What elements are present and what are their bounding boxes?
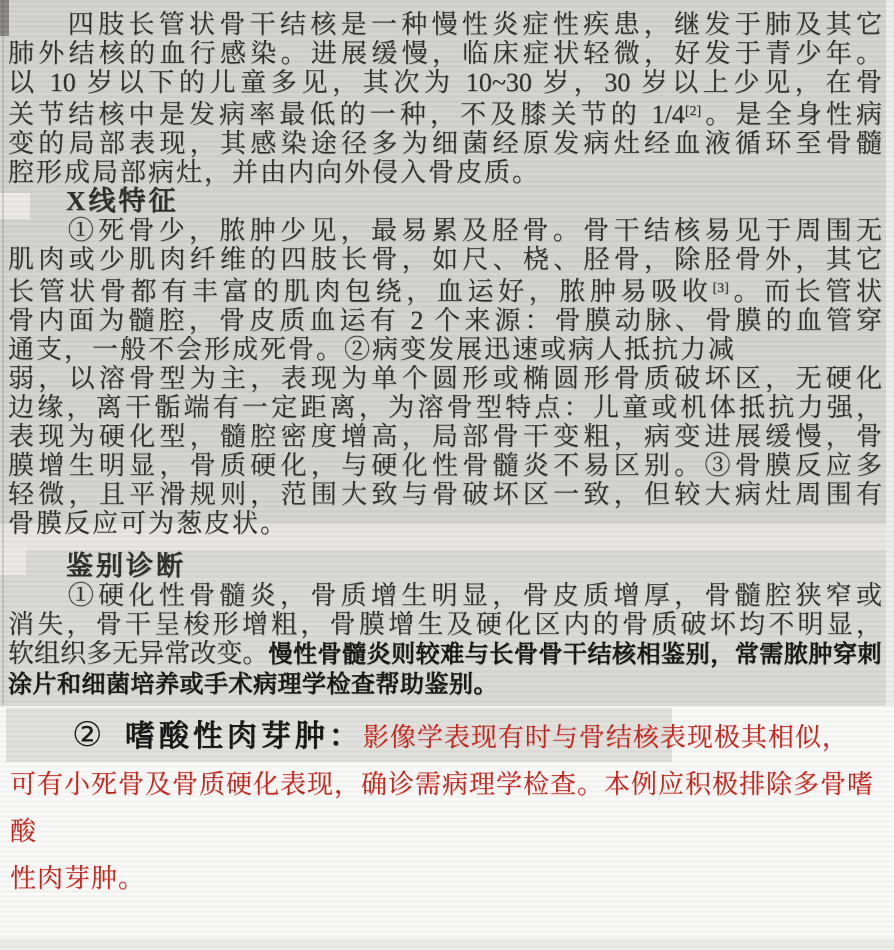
body-text: 软组织多无异常改变。 <box>8 639 268 668</box>
body-text: 弱，以溶骨型为主，表现为单个圆形或椭圆形骨质破坏区，无硬化 <box>8 364 882 393</box>
text-line: 以 10 岁以下的儿童多见，其次为 10~30 岁，30 岁以上少见，在骨 <box>8 68 882 97</box>
body-text: 。而长管状 <box>729 277 882 306</box>
text-line: 肺外结核的血行感染。进展缓慢，临床症状轻微，好发于青少年。 <box>8 39 882 68</box>
text-line: 消失，骨干呈梭形增粗，骨膜增生及硬化区内的骨质破坏均不明显， <box>8 610 882 639</box>
body-text: 四肢长管状骨干结核是一种慢性炎症性疾患，继发于肺及其它 <box>68 10 882 39</box>
text-line: 膜增生明显，骨质硬化，与硬化性骨髓炎不易区别。③骨膜反应多 <box>8 451 882 480</box>
body-text: 边缘，离干骺端有一定距离，为溶骨型特点：儿童或机体抵抗力强， <box>8 393 882 422</box>
text-line: 关节结核中是发病率最低的一种，不及膝关节的 1/4[2]。是全身性病 <box>8 97 882 129</box>
main-text-column: 四肢长管状骨干结核是一种慢性炎症性疾患，继发于肺及其它肺外结核的血行感染。进展缓… <box>8 10 882 699</box>
text-line: 涂片和细菌培养或手术病理学检查帮助鉴别。 <box>8 669 882 699</box>
body-text: 以 10 岁以下的儿童多见，其次为 10~30 岁，30 岁以上少见，在骨 <box>8 68 882 97</box>
text-line: 软组织多无异常改变。慢性骨髓炎则较难与长骨骨干结核相鉴别，常需脓肿穿刺 <box>8 639 882 669</box>
body-text: 膜增生明显，骨质硬化，与硬化性骨髓炎不易区别。③骨膜反应多 <box>8 451 882 480</box>
circled-number: ② <box>72 717 112 754</box>
body-text: 腔形成局部病灶，并由内向外侵入骨皮质。 <box>8 158 540 187</box>
body-text: 骨内面为髓腔，骨皮质血运有 2 个来源：骨膜动脉、骨膜的血管穿 <box>8 306 882 335</box>
section-heading-differential: 鉴别诊断 <box>8 552 882 581</box>
text-line: 通支，一般不会形成死骨。②病变发展迅速或病人抵抗力减 <box>8 335 882 364</box>
red-annotation-text: 性肉芽肿。 <box>10 864 145 893</box>
text-line: ①硬化性骨髓炎，骨质增生明显，骨皮质增厚，骨髓腔狭窄或 <box>8 581 882 610</box>
differential-paragraph: ①硬化性骨髓炎，骨质增生明显，骨皮质增厚，骨髓腔狭窄或消失，骨干呈梭形增粗，骨膜… <box>8 581 882 699</box>
text-line: 变的局部表现，其感染途径多为细菌经原发病灶经血液循环至骨髓 <box>8 129 882 158</box>
text-line: ①死骨少，脓肿少见，最易累及胫骨。骨干结核易见于周围无 <box>8 216 882 245</box>
body-text: 表现为硬化型，髓腔密度增高，局部骨干变粗，病变进展缓慢，骨 <box>8 422 882 451</box>
text-line: 轻微，且平滑规则，范围大致与骨破坏区一致，但较大病灶周围有 <box>8 480 882 509</box>
bold-emphasis-text: 嗜酸性肉芽肿： <box>112 720 362 753</box>
body-text: 通支，一般不会形成死骨。②病变发展迅速或病人抵抗力减 <box>8 335 736 364</box>
text-line: ② 嗜酸性肉芽肿：影像学表现有时与骨结核表现极其相似， <box>10 712 884 761</box>
body-text: ①硬化性骨髓炎，骨质增生明显，骨皮质增厚，骨髓腔狭窄或 <box>68 581 882 610</box>
body-text: 轻微，且平滑规则，范围大致与骨破坏区一致，但较大病灶周围有 <box>8 480 882 509</box>
intro-paragraph: 四肢长管状骨干结核是一种慢性炎症性疾患，继发于肺及其它肺外结核的血行感染。进展缓… <box>8 10 882 187</box>
body-text: 骨膜反应可为葱皮状。 <box>8 509 288 538</box>
scan-edge-line <box>2 0 4 705</box>
bold-emphasis-text: 涂片和细菌培养或手术病理学检查帮助鉴别。 <box>8 671 498 698</box>
text-line: 弱，以溶骨型为主，表现为单个圆形或椭圆形骨质破坏区，无硬化 <box>8 364 882 393</box>
text-line: 骨内面为髓腔，骨皮质血运有 2 个来源：骨膜动脉、骨膜的血管穿 <box>8 306 882 335</box>
bold-emphasis-text: 慢性骨髓炎则较难与长骨骨干结核相鉴别，常需脓肿穿刺 <box>268 641 882 668</box>
body-text: ①死骨少，脓肿少见，最易累及胫骨。骨干结核易见于周围无 <box>68 216 882 245</box>
scanned-document-page: 四肢长管状骨干结核是一种慢性炎症性疾患，继发于肺及其它肺外结核的血行感染。进展缓… <box>0 0 894 950</box>
text-line: 肌肉或少肌肉纤维的四肢长骨，如尺、桡、胫骨，除胫骨外，其它 <box>8 245 882 274</box>
annotation-text: ② 嗜酸性肉芽肿：影像学表现有时与骨结核表现极其相似，可有小死骨及骨质硬化表现，… <box>0 706 894 902</box>
section-heading-xray: X线特征 <box>8 187 882 216</box>
body-text: 变的局部表现，其感染途径多为细菌经原发病灶经血液循环至骨髓 <box>8 129 882 158</box>
body-text: 长管状骨都有丰富的肌肉包绕，血运好，脓肿易吸收 <box>8 277 713 306</box>
citation-superscript: [2] <box>685 104 701 119</box>
body-text: 关节结核中是发病率最低的一种，不及膝关节的 1/4 <box>8 100 685 129</box>
text-line: 腔形成局部病灶，并由内向外侵入骨皮质。 <box>8 158 882 187</box>
text-line: 长管状骨都有丰富的肌肉包绕，血运好，脓肿易吸收[3]。而长管状 <box>8 274 882 306</box>
body-text: 肌肉或少肌肉纤维的四肢长骨，如尺、桡、胫骨，除胫骨外，其它 <box>8 245 882 274</box>
text-line: 骨膜反应可为葱皮状。 <box>8 509 882 538</box>
body-text: 消失，骨干呈梭形增粗，骨膜增生及硬化区内的骨质破坏均不明显， <box>8 610 882 639</box>
text-line: 性肉芽肿。 <box>10 855 884 902</box>
citation-superscript: [3] <box>713 281 729 296</box>
text-line: 四肢长管状骨干结核是一种慢性炎症性疾患，继发于肺及其它 <box>8 10 882 39</box>
red-annotation-text: 可有小死骨及骨质硬化表现，确诊需病理学检查。本例应积极排除多骨嗜酸 <box>10 770 874 846</box>
text-line: 边缘，离干骺端有一定距离，为溶骨型特点：儿童或机体抵抗力强， <box>8 393 882 422</box>
body-text: 肺外结核的血行感染。进展缓慢，临床症状轻微，好发于青少年。 <box>8 39 882 68</box>
annotation-block: ② 嗜酸性肉芽肿：影像学表现有时与骨结核表现极其相似，可有小死骨及骨质硬化表现，… <box>0 706 894 938</box>
xray-paragraph: ①死骨少，脓肿少见，最易累及胫骨。骨干结核易见于周围无肌肉或少肌肉纤维的四肢长骨… <box>8 216 882 538</box>
red-annotation-text: 影像学表现有时与骨结核表现极其相似， <box>363 723 849 752</box>
text-line: 表现为硬化型，髓腔密度增高，局部骨干变粗，病变进展缓慢，骨 <box>8 422 882 451</box>
footer-strip <box>0 938 894 950</box>
body-text: 。是全身性病 <box>701 100 882 129</box>
text-line: 可有小死骨及骨质硬化表现，确诊需病理学检查。本例应积极排除多骨嗜酸 <box>10 761 884 855</box>
